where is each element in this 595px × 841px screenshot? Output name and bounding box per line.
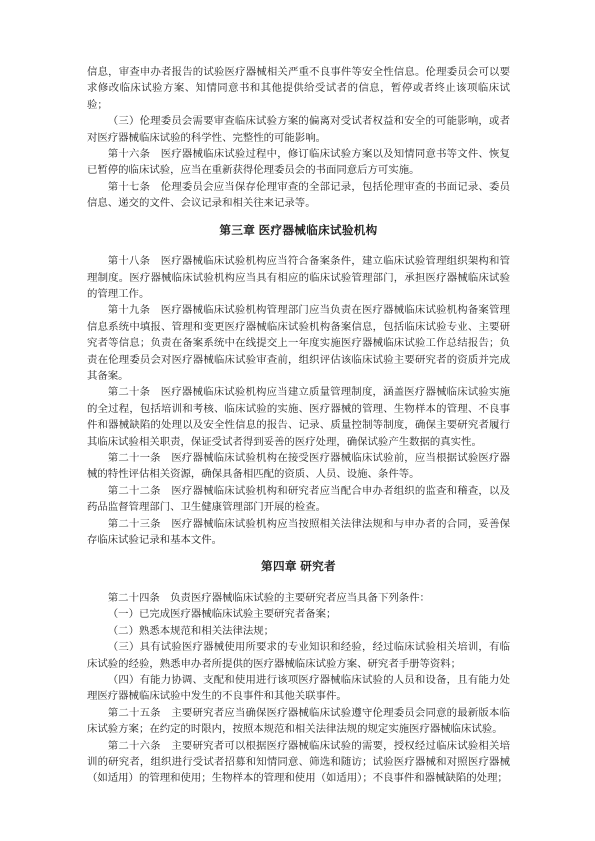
article-21-paragraph: 第二十一条 医疗器械临床试验机构在接受医疗器械临床试验前，应当根据试验医疗器械的… — [87, 451, 510, 484]
article-26-paragraph: 第二十六条 主要研究者可以根据医疗器械临床试验的需要，授权经过临床试验相关培训的… — [87, 739, 510, 788]
chapter-4-heading: 第四章 研究者 — [87, 558, 510, 576]
article-16-paragraph: 第十六条 医疗器械临床试验过程中，修订临床试验方案以及知情同意书等文件、恢复已暂… — [87, 147, 510, 180]
article-24-paragraph: 第二十四条 负责医疗器械临床试验的主要研究者应当具备下列条件： — [87, 591, 510, 607]
article-24-item-2-paragraph: （二）熟悉本规范和相关法律法规； — [87, 624, 510, 640]
article-24-item-1-paragraph: （一）已完成医疗器械临床试验主要研究者备案； — [87, 607, 510, 623]
article-25-paragraph: 第二十五条 主要研究者应当确保医疗器械临床试验遵守伦理委员会同意的最新版本临床试… — [87, 706, 510, 739]
article-24-item-4-paragraph: （四）有能力协调、支配和使用进行该项医疗器械临床试验的人员和设备，且有能力处理医… — [87, 673, 510, 706]
article-22-paragraph: 第二十二条 医疗器械临床试验机构和研究者应当配合申办者组织的监查和稽查，以及药品… — [87, 484, 510, 517]
chapter-3-heading: 第三章 医疗器械临床试验机构 — [87, 222, 510, 240]
document-page: 信息，审查申办者报告的试验医疗器械相关严重不良事件等安全性信息。伦理委员会可以要… — [0, 0, 595, 841]
article-17-paragraph: 第十七条 伦理委员会应当保存伦理审查的全部记录，包括伦理审查的书面记录、委员信息… — [87, 180, 510, 213]
article-20-paragraph: 第二十条 医疗器械临床试验机构应当建立质量管理制度，涵盖医疗器械临床试验实施的全… — [87, 385, 510, 451]
article-24-item-3-paragraph: （三）具有试验医疗器械使用所要求的专业知识和经验，经过临床试验相关培训，有临床试… — [87, 640, 510, 673]
article-19-paragraph: 第十九条 医疗器械临床试验机构管理部门应当负责在医疗器械临床试验机构备案管理信息… — [87, 303, 510, 385]
ethics-committee-item-3-paragraph: （三）伦理委员会需要审查临床试验方案的偏离对受试者权益和安全的可能影响，或者对医… — [87, 114, 510, 147]
article-18-paragraph: 第十八条 医疗器械临床试验机构应当符合备案条件，建立临床试验管理组织架构和管理制… — [87, 254, 510, 303]
article-23-paragraph: 第二十三条 医疗器械临床试验机构应当按照相关法律法规和与申办者的合同，妥善保存临… — [87, 517, 510, 550]
continuation-paragraph-safety-info: 信息，审查申办者报告的试验医疗器械相关严重不良事件等安全性信息。伦理委员会可以要… — [87, 65, 510, 114]
